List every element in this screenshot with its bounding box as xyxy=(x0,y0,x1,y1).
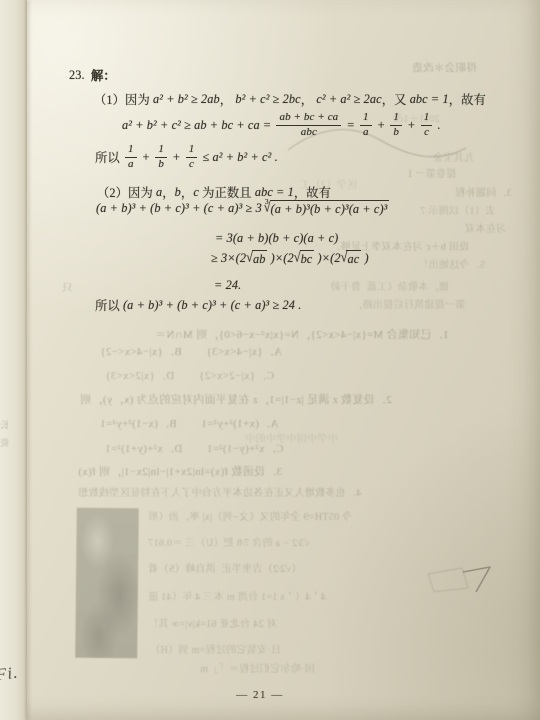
text-math: + xyxy=(169,150,184,165)
solution-line-p1-display: a² + b² + c² ≥ ab + bc + ca = ab + bc + … xyxy=(122,112,441,138)
text-math: abc = 1 xyxy=(410,92,449,107)
math-fraction: 1b xyxy=(390,112,402,138)
solution-line-p1-conclusion: 所以 1a + 1b + 1c ≤ a² + b² + c² . xyxy=(95,144,278,170)
text-cjk: （2）因为 xyxy=(97,183,156,201)
fraction-denominator: b xyxy=(158,158,164,171)
text-cjk: （1）因为 xyxy=(94,90,153,108)
fraction-numerator: 1 xyxy=(360,112,372,126)
radical-sign-icon: √ xyxy=(246,249,253,266)
solution-line-p1-given: （1）因为 a² + b² ≥ 2ab， b² + c² ≥ 2bc， c² +… xyxy=(94,90,486,108)
radical-body: ab xyxy=(252,250,268,267)
radical-body: ac xyxy=(346,250,361,267)
fraction-denominator: abc xyxy=(301,126,317,139)
text-cjk: ，又 xyxy=(382,90,410,108)
text-math: c² + a² ≥ 2ac xyxy=(316,92,381,107)
text-math: + xyxy=(139,150,154,165)
text-math: ) xyxy=(361,251,368,266)
fraction-numerator: ab + bc + ca xyxy=(276,112,341,126)
text-math: b² + c² ≥ 2bc xyxy=(235,92,300,107)
radical-sign-icon: √ xyxy=(264,199,271,216)
fraction-numerator: 1 xyxy=(186,144,198,158)
math-radical: √bc xyxy=(294,250,315,267)
math-fraction: ab + bc + caabc xyxy=(276,112,341,138)
fraction-numerator: 1 xyxy=(390,112,402,126)
text-math: = xyxy=(343,118,358,133)
math-radical: 3√(a + b)³(b + c)³(a + c)³ xyxy=(262,200,390,217)
solution-line-header: 23. 解： xyxy=(69,66,116,84)
text-math: = 24. xyxy=(214,278,241,293)
text-cjk: ， xyxy=(181,183,193,201)
solution-line-p2-conclusion: 所以 (a + b)³ + (b + c)³ + (c + a)³ ≥ 24 . xyxy=(95,296,301,314)
solution-text-layer: 23. 解：（1）因为 a² + b² ≥ 2ab， b² + c² ≥ 2bc… xyxy=(0,0,540,720)
radical-sign-icon: √ xyxy=(294,249,301,266)
text-math: (a + b)³ + (b + c)³ + (c + a)³ ≥ 24 . xyxy=(123,298,301,313)
text-cjk: 解： xyxy=(85,66,116,84)
solution-line-p2-step3: ≥ 3×(2√ab )×(2√bc )×(2√ac ) xyxy=(211,250,369,267)
fraction-denominator: c xyxy=(189,158,194,171)
text-cjk: ， xyxy=(162,183,174,201)
text-math: )×(2 xyxy=(314,251,340,266)
math-fraction: 1b xyxy=(155,144,167,170)
solution-line-p2-step4: = 24. xyxy=(214,278,241,293)
text-cjk: 所以 xyxy=(95,296,123,314)
fraction-denominator: a xyxy=(363,126,369,139)
text-math: )×(2 xyxy=(267,251,293,266)
text-math: ≤ a² + b² + c² . xyxy=(199,150,277,165)
radical-sign-icon: √ xyxy=(341,249,348,266)
text-math: a² + b² + c² ≥ ab + bc + ca = xyxy=(122,118,274,133)
text-math: ≥ 3×(2 xyxy=(211,251,246,266)
fraction-numerator: 1 xyxy=(125,144,137,158)
solution-line-p2-step2: = 3(a + b)(b + c)(a + c) xyxy=(215,231,338,246)
solution-line-p2-step1: (a + b)³ + (b + c)³ + (c + a)³ ≥ 33√(a +… xyxy=(96,200,389,217)
book-page-photo: 得职会＊改造2011＋1改九其宝金提卷第一１区学（2）工3．问题补程去（1）以图… xyxy=(0,0,540,720)
math-fraction: 1c xyxy=(186,144,198,170)
fraction-denominator: b xyxy=(393,126,399,139)
math-fraction: 1c xyxy=(421,112,433,138)
text-cjk: ，故有 xyxy=(449,90,486,108)
math-fraction: 1a xyxy=(360,112,372,138)
handwritten-mark-bottom-left: Fi. xyxy=(0,663,19,686)
fraction-denominator: c xyxy=(424,126,429,139)
text-math: abc = 1 xyxy=(255,185,294,200)
text-cjk: 为正数且 xyxy=(199,183,255,201)
radical-body: (a + b)³(b + c)³(a + c)³ xyxy=(270,200,390,217)
fraction-numerator: 1 xyxy=(421,112,433,126)
text-math: + xyxy=(374,118,389,133)
text-cjk: ， xyxy=(220,90,236,108)
text-cjk: 所以 xyxy=(95,148,123,166)
math-fraction: 1a xyxy=(125,144,137,170)
radical-body: bc xyxy=(300,250,315,267)
text-math: + xyxy=(404,118,419,133)
text-math: . xyxy=(434,118,440,133)
text-math: = 3(a + b)(b + c)(a + c) xyxy=(215,231,338,246)
solution-line-p2-given: （2）因为 a，b，c 为正数且 abc = 1，故有 xyxy=(97,183,331,201)
text-cjk: 23. xyxy=(69,68,85,83)
page-number: — 21 — xyxy=(208,689,312,701)
math-radical: √ab xyxy=(246,250,267,267)
fraction-numerator: 1 xyxy=(155,144,167,158)
text-cjk: ， xyxy=(301,90,317,108)
text-math: a² + b² ≥ 2ab xyxy=(153,92,220,107)
text-math: (a + b)³ + (b + c)³ + (c + a)³ ≥ 3 xyxy=(96,201,262,216)
math-radical: √ac xyxy=(341,250,362,267)
text-cjk: ，故有 xyxy=(294,183,331,201)
fraction-denominator: a xyxy=(128,158,134,171)
